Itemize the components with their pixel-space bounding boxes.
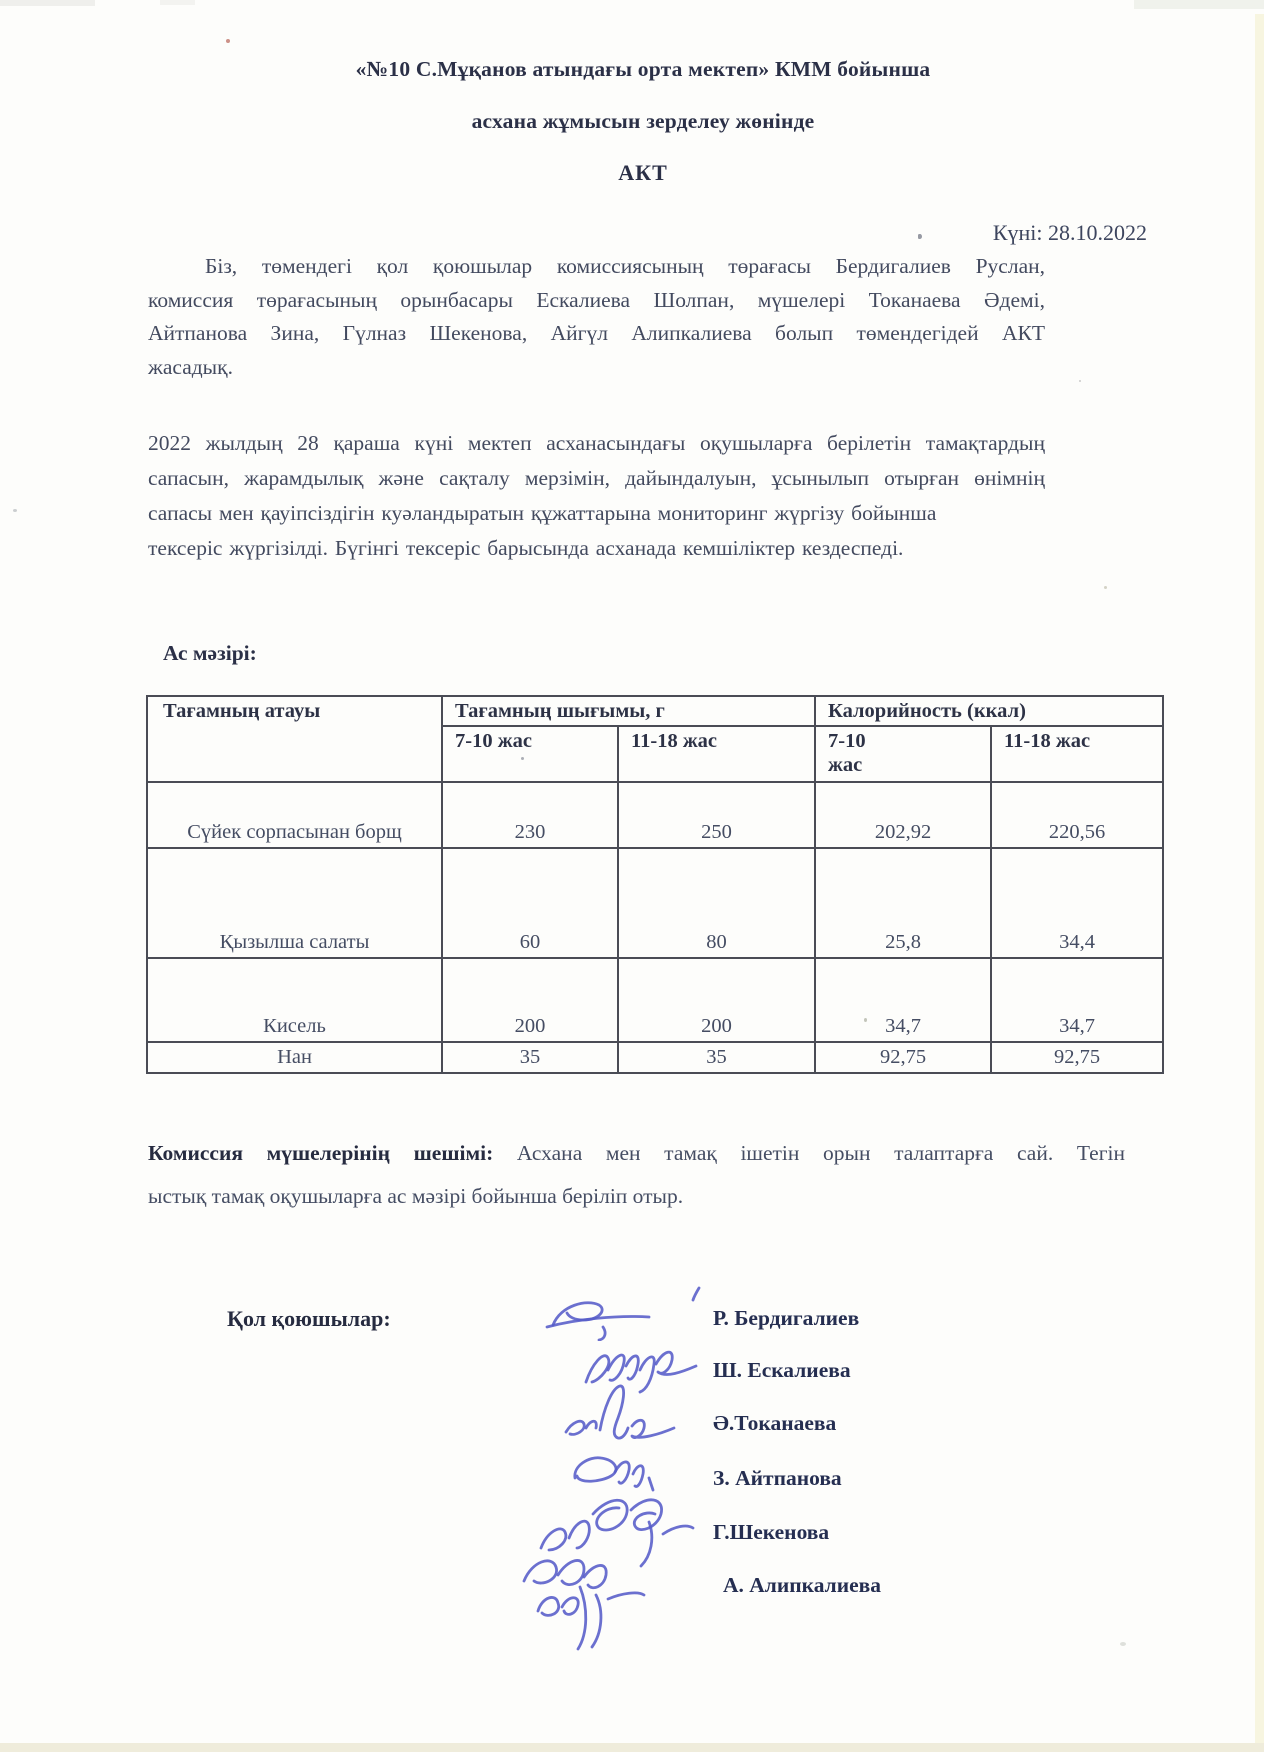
dish-name-cell: Кисель	[147, 958, 442, 1042]
dish-name-cell: Сүйек сорпасынан борщ	[147, 782, 442, 848]
scan-edge-top	[1134, 0, 1264, 9]
output-7-10-cell: 60	[442, 848, 618, 958]
output-11-18-cell: 80	[618, 848, 815, 958]
header-age-7-10: 7-10 жас	[815, 726, 991, 782]
table-row: Қызылша салаты 60 80 25,8 34,4	[147, 848, 1163, 958]
table-header-row-groups: Тағамның атауы Тағамның шығымы, г Калори…	[147, 696, 1163, 726]
paragraph-line: жасадық.	[148, 351, 1045, 385]
paragraph-commission-members: Біз, төмендегі қол қоюшылар комиссиясыны…	[148, 250, 1045, 384]
table-row: Нан 35 35 92,75 92,75	[147, 1042, 1163, 1073]
signature-ink-mark	[690, 1286, 702, 1302]
dish-name-cell: Қызылша салаты	[147, 848, 442, 958]
paragraph-line: Біз, төмендегі қол қоюшылар комиссиясыны…	[148, 250, 1045, 284]
calories-7-10-cell: 92,75	[815, 1042, 991, 1073]
menu-heading: Ас мәзірі:	[163, 641, 257, 666]
signature-ink	[543, 1293, 653, 1341]
signature-ink	[563, 1448, 663, 1494]
header-age-label: 7-10 жас	[828, 729, 888, 777]
calories-11-18-cell: 34,4	[991, 848, 1163, 958]
paragraph-inspection-result: 2022 жылдың 28 қараша күні мектеп асхана…	[148, 426, 1045, 566]
output-7-10-cell: 35	[442, 1042, 618, 1073]
menu-table-grid: Тағамның атауы Тағамның шығымы, г Калори…	[146, 695, 1164, 1074]
signer-name: Р. Бердигалиев	[713, 1306, 859, 1331]
signature-ink	[496, 1549, 666, 1657]
scan-edge-top	[0, 0, 95, 6]
scan-speck	[13, 509, 17, 512]
scan-speck	[226, 39, 230, 43]
calories-7-10-cell: 202,92	[815, 782, 991, 848]
dish-name-cell: Нан	[147, 1042, 442, 1073]
table-row: Сүйек сорпасынан борщ 230 250 202,92 220…	[147, 782, 1163, 848]
calories-11-18-cell: 34,7	[991, 958, 1163, 1042]
signer-name: Ә.Токанаева	[713, 1411, 836, 1436]
output-11-18-cell: 200	[618, 958, 815, 1042]
decision-text-part1: Асхана мен тамақ ішетін орын талаптарға …	[517, 1141, 1125, 1165]
paragraph-line: комиссия төрағасының орынбасары Ескалиев…	[148, 284, 1045, 318]
decision-line2: ыстық тамақ оқушыларға ас мәзірі бойынша…	[148, 1175, 1125, 1218]
header-age-7-10: 7-10 жас	[442, 726, 618, 782]
signer-name: А. Алипкалиева	[723, 1573, 881, 1598]
menu-table: Тағамның атауы Тағамның шығымы, г Калори…	[146, 695, 1164, 1074]
header-output-group: Тағамның шығымы, г	[442, 696, 815, 726]
scan-speck	[1079, 380, 1081, 382]
scanned-document-page: «№10 С.Мұқанов атындағы орта мектеп» КММ…	[0, 0, 1264, 1752]
scan-edge-bottom	[0, 1743, 1264, 1752]
calories-7-10-cell: 34,7	[815, 958, 991, 1042]
signers-label: Қол қоюшылар:	[227, 1306, 391, 1332]
signer-name: З. Айтпанова	[713, 1466, 842, 1491]
calories-7-10-cell: 25,8	[815, 848, 991, 958]
header-calories-group: Калорийность (ккал)	[815, 696, 1163, 726]
decision-line1: Комиссия мүшелерінің шешімі: Асхана мен …	[148, 1132, 1125, 1175]
signer-name: Г.Шекенова	[713, 1520, 829, 1545]
paragraph-line: сапасын, жарамдылық және сақталу мерзімі…	[148, 461, 1045, 496]
document-title-akt: АКТ	[148, 160, 1138, 186]
calories-11-18-cell: 92,75	[991, 1042, 1163, 1073]
table-row: Кисель 200 200 34,7 34,7	[147, 958, 1163, 1042]
output-7-10-cell: 200	[442, 958, 618, 1042]
header-age-11-18: 11-18 жас	[618, 726, 815, 782]
document-title-line1: «№10 С.Мұқанов атындағы орта мектеп» КММ…	[148, 57, 1138, 82]
document-date: Күні: 28.10.2022	[148, 220, 1147, 246]
decision-label: Комиссия мүшелерінің шешімі:	[148, 1141, 493, 1165]
output-11-18-cell: 250	[618, 782, 815, 848]
commission-decision: Комиссия мүшелерінің шешімі: Асхана мен …	[148, 1132, 1125, 1218]
header-age-11-18: 11-18 жас	[991, 726, 1163, 782]
scan-speck	[1104, 586, 1107, 589]
header-dish-name: Тағамның атауы	[147, 696, 442, 782]
signer-name: Ш. Ескалиева	[713, 1358, 851, 1383]
signatures-block: Қол қоюшылар: Р. Бердигалиев Ш. Ескалиев…	[0, 1280, 1264, 1710]
output-11-18-cell: 35	[618, 1042, 815, 1073]
document-title-line2: асхана жұмысын зерделеу жөнінде	[148, 109, 1138, 134]
paragraph-line: тексеріс жүргізілді. Бүгінгі тексеріс ба…	[148, 531, 1045, 566]
calories-11-18-cell: 220,56	[991, 782, 1163, 848]
paragraph-line: Айтпанова Зина, Гүлназ Шекенова, Айгүл А…	[148, 317, 1045, 351]
scan-edge-top	[160, 0, 195, 5]
signature-ink	[560, 1382, 678, 1448]
paragraph-line: сапасы мен қауіпсіздігін куәландыратын қ…	[148, 496, 1045, 531]
paragraph-line: 2022 жылдың 28 қараша күні мектеп асхана…	[148, 426, 1045, 461]
output-7-10-cell: 230	[442, 782, 618, 848]
